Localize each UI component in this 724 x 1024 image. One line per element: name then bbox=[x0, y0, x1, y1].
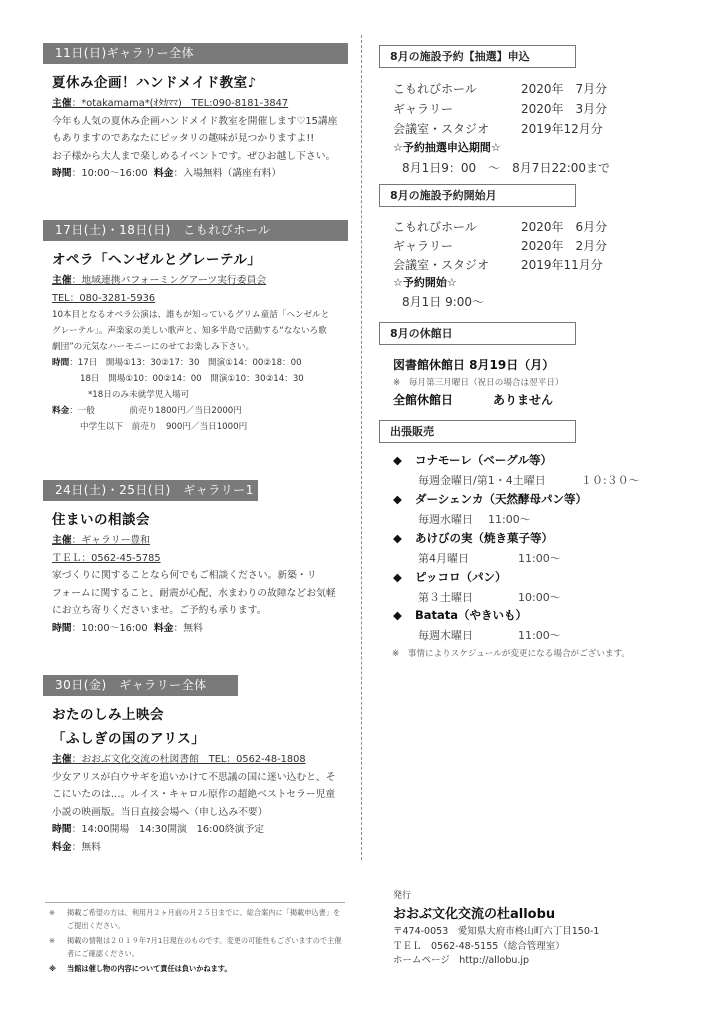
lottery-period-label: ☆予約抽選申込期間☆ bbox=[393, 139, 501, 155]
event-tel: TEL：080-3281-5936 bbox=[52, 290, 348, 308]
vendor-name: ◆コナモーレ（ベーグル等） bbox=[393, 452, 552, 468]
vendor-schedule: 毎週水曜日11:00～ bbox=[418, 511, 473, 527]
event-movie: 30日(金) ギャラリー全体 おたのしみ上映会 「ふしぎの国のアリス」 主催：お… bbox=[43, 675, 348, 857]
lottery-row: こもれびホール2020年 7月分 bbox=[393, 80, 477, 97]
event-handmade: 11日(日)ギャラリー全体 夏休み企画！ハンドメイド教室♪ 主催：*otakam… bbox=[43, 43, 348, 183]
publisher-label: 発行 bbox=[393, 888, 599, 901]
event-schedule: 時間：17日 開場①13：30②17：30 開演①14：00②18：00 bbox=[52, 355, 348, 371]
lottery-row: ギャラリー2020年 3月分 bbox=[393, 100, 453, 117]
event-description-line: 今年も人気の夏休み企画ハンドメイド教室を開催します♡15講座 bbox=[52, 113, 348, 131]
opening-row: こもれびホール2020年 6月分 bbox=[393, 218, 477, 235]
event-date-header: 11日(日)ギャラリー全体 bbox=[43, 43, 348, 64]
event-description-line: グレーテル」。声楽家の美しい歌声と、知多半島で活動する“なないろ歌 bbox=[52, 323, 348, 339]
event-subtitle: 「ふしぎの国のアリス」 bbox=[52, 727, 348, 747]
column-divider bbox=[361, 35, 362, 860]
lottery-row: 会議室・スタジオ2019年12月分 bbox=[393, 120, 489, 137]
opening-row: 会議室・スタジオ2019年11月分 bbox=[393, 256, 489, 273]
event-description-line: もありますのであなたにピッタリの趣味が見つかりますよ!! bbox=[52, 130, 348, 148]
publisher-address: 〒474-0053 愛知県大府市柊山町六丁目150-1 bbox=[393, 925, 599, 940]
event-description-line: お子様から大人まで楽しめるイベントです。ぜひお越し下さい。 bbox=[52, 148, 348, 166]
publisher-tel: ＴＥＬ 0562-48-5155（総合管理室） bbox=[393, 940, 599, 955]
event-description-line: 10本目となるオペラ公演は、誰もが知っているグリム童話「ヘンゼルと bbox=[52, 307, 348, 323]
footnote: ※掲載の情報は２０１９年7月1日現在のものです。変更の可能性もございますので主催… bbox=[45, 935, 345, 960]
vendor-schedule: 第4月曜日11:00～ bbox=[418, 550, 469, 566]
event-description-line: 小説の映画版。当日直接会場へ（申し込み不要） bbox=[52, 804, 348, 822]
event-description-line: 家づくりに関することなら何でもご相談ください。新築・リ bbox=[52, 567, 348, 585]
library-closed-day: 図書館休館日 8月19日（月） bbox=[393, 356, 554, 373]
event-description-line: 少女アリスが白ウサギを追いかけて不思議の国に迷い込むと、そ bbox=[52, 769, 348, 787]
event-title: 住まいの相談会 bbox=[52, 508, 348, 528]
diamond-bullet-icon: ◆ bbox=[393, 531, 415, 545]
event-title: おたのしみ上映会 bbox=[52, 703, 348, 723]
opening-start-label: ☆予約開始☆ bbox=[393, 274, 457, 290]
footnote: ※掲載ご希望の方は、利用月２ヶ月前の月２５日までに、総合案内に「掲載申込書」をご… bbox=[45, 907, 345, 932]
event-tel: ＴＥＬ：0562-45-5785 bbox=[52, 550, 348, 568]
event-time: 時間：14:00開場 14:30開演 16:00終演予定 bbox=[52, 821, 348, 839]
event-date-header: 17日(土)・18日(日) こもれびホール bbox=[43, 220, 348, 241]
vendor-name: ◆ピッコロ（パン） bbox=[393, 569, 507, 585]
vendor-name: ◆あけびの実（焼き菓子等） bbox=[393, 530, 553, 546]
footnote-disclaimer: ※当館は催し物の内容について責任は負いかねます。 bbox=[45, 963, 345, 976]
vendor-schedule: 毎週金曜日/第1・4土曜日１０:３０～ bbox=[418, 472, 546, 488]
publisher-name: おおぶ文化交流の杜allobu bbox=[393, 903, 599, 922]
footnotes: ※掲載ご希望の方は、利用月２ヶ月前の月２５日までに、総合案内に「掲載申込書」をご… bbox=[45, 902, 345, 979]
vendor-schedule: 毎週木曜日11:00～ bbox=[418, 627, 473, 643]
diamond-bullet-icon: ◆ bbox=[393, 453, 415, 467]
event-description-line: こにいたのは…。ルイス・キャロル原作の超絶ベストセラー児童 bbox=[52, 786, 348, 804]
opening-section-title: 8月の施設予約開始月 bbox=[379, 184, 576, 207]
event-organizer: 主催：ギャラリー豊和 bbox=[52, 532, 348, 550]
event-fee: 料金：一般 前売り1800円／当日2000円 bbox=[52, 403, 348, 419]
publisher-homepage-link[interactable]: ホームページ http://allobu.jp bbox=[393, 954, 599, 969]
library-closed-note: ※ 毎月第三月曜日（祝日の場合は翌平日） bbox=[393, 376, 563, 388]
event-title: 夏休み企画！ハンドメイド教室♪ bbox=[52, 71, 348, 91]
event-housing-consult: 24日(土)・25日(日) ギャラリー1 住まいの相談会 主催：ギャラリー豊和 … bbox=[43, 480, 348, 638]
lottery-section-title: 8月の施設予約【抽選】申込 bbox=[379, 45, 576, 68]
event-fee: 料金：無料 bbox=[52, 839, 348, 857]
opening-row: ギャラリー2020年 2月分 bbox=[393, 237, 453, 254]
event-time-fee: 時間：10:00～16:00 料金：無料 bbox=[52, 620, 348, 638]
event-organizer: 主催：おおぶ文化交流の杜図書館 TEL：0562-48-1808 bbox=[52, 751, 348, 769]
event-description-line: にお立ち寄りくださいませ。ご予約も承ります。 bbox=[52, 602, 348, 620]
opening-start-value: 8月1日 9:00～ bbox=[402, 293, 484, 310]
diamond-bullet-icon: ◆ bbox=[393, 608, 415, 622]
publisher-info: 発行 おおぶ文化交流の杜allobu 〒474-0053 愛知県大府市柊山町六丁… bbox=[393, 888, 599, 969]
vendor-name: ◆ダーシェンカ（天然酵母パン等） bbox=[393, 491, 587, 507]
event-time-fee: 時間：10:00～16:00 料金：入場無料（講座有料） bbox=[52, 165, 348, 183]
event-organizer: 主催：地域連携パフォーミングアーツ実行委員会 bbox=[52, 272, 348, 290]
event-title: オペラ「ヘンゼルとグレーテル」 bbox=[52, 248, 348, 268]
lottery-period-value: 8月1日9：00 ～ 8月7日22:00まで bbox=[402, 159, 610, 176]
closed-section-title: 8月の休館日 bbox=[379, 322, 576, 345]
diamond-bullet-icon: ◆ bbox=[393, 492, 415, 506]
vendor-name: ◆Batata（やきいも） bbox=[393, 607, 527, 623]
vendor-schedule: 第３土曜日10:00～ bbox=[418, 589, 473, 605]
sales-section-title: 出張販売 bbox=[379, 420, 576, 443]
event-schedule: 18日 開場①10：00②14：00 開演①10：30②14：30 bbox=[52, 371, 348, 387]
event-schedule-note: *18日のみ未就学児入場可 bbox=[52, 387, 348, 403]
all-closed-day: 全館休館日ありません bbox=[393, 391, 453, 408]
diamond-bullet-icon: ◆ bbox=[393, 570, 415, 584]
event-opera: 17日(土)・18日(日) こもれびホール オペラ「ヘンゼルとグレーテル」 主催… bbox=[43, 220, 348, 435]
event-organizer: 主催：*otakamama*(ｵﾀｶﾏﾏ) TEL:090-8181-3847 bbox=[52, 95, 348, 113]
event-date-header: 30日(金) ギャラリー全体 bbox=[43, 675, 238, 696]
sales-note: ※ 事情によりスケジュールが変更になる場合がございます。 bbox=[392, 647, 630, 659]
event-description-line: 劇団”の元気なハーモニーにのせてお楽しみ下さい。 bbox=[52, 339, 348, 355]
event-date-header: 24日(土)・25日(日) ギャラリー1 bbox=[43, 480, 258, 501]
event-fee: 中学生以下 前売り 900円／当日1000円 bbox=[52, 419, 348, 435]
event-description-line: フォームに関すること、耐震が心配、水まわりの故障などお気軽 bbox=[52, 585, 348, 603]
